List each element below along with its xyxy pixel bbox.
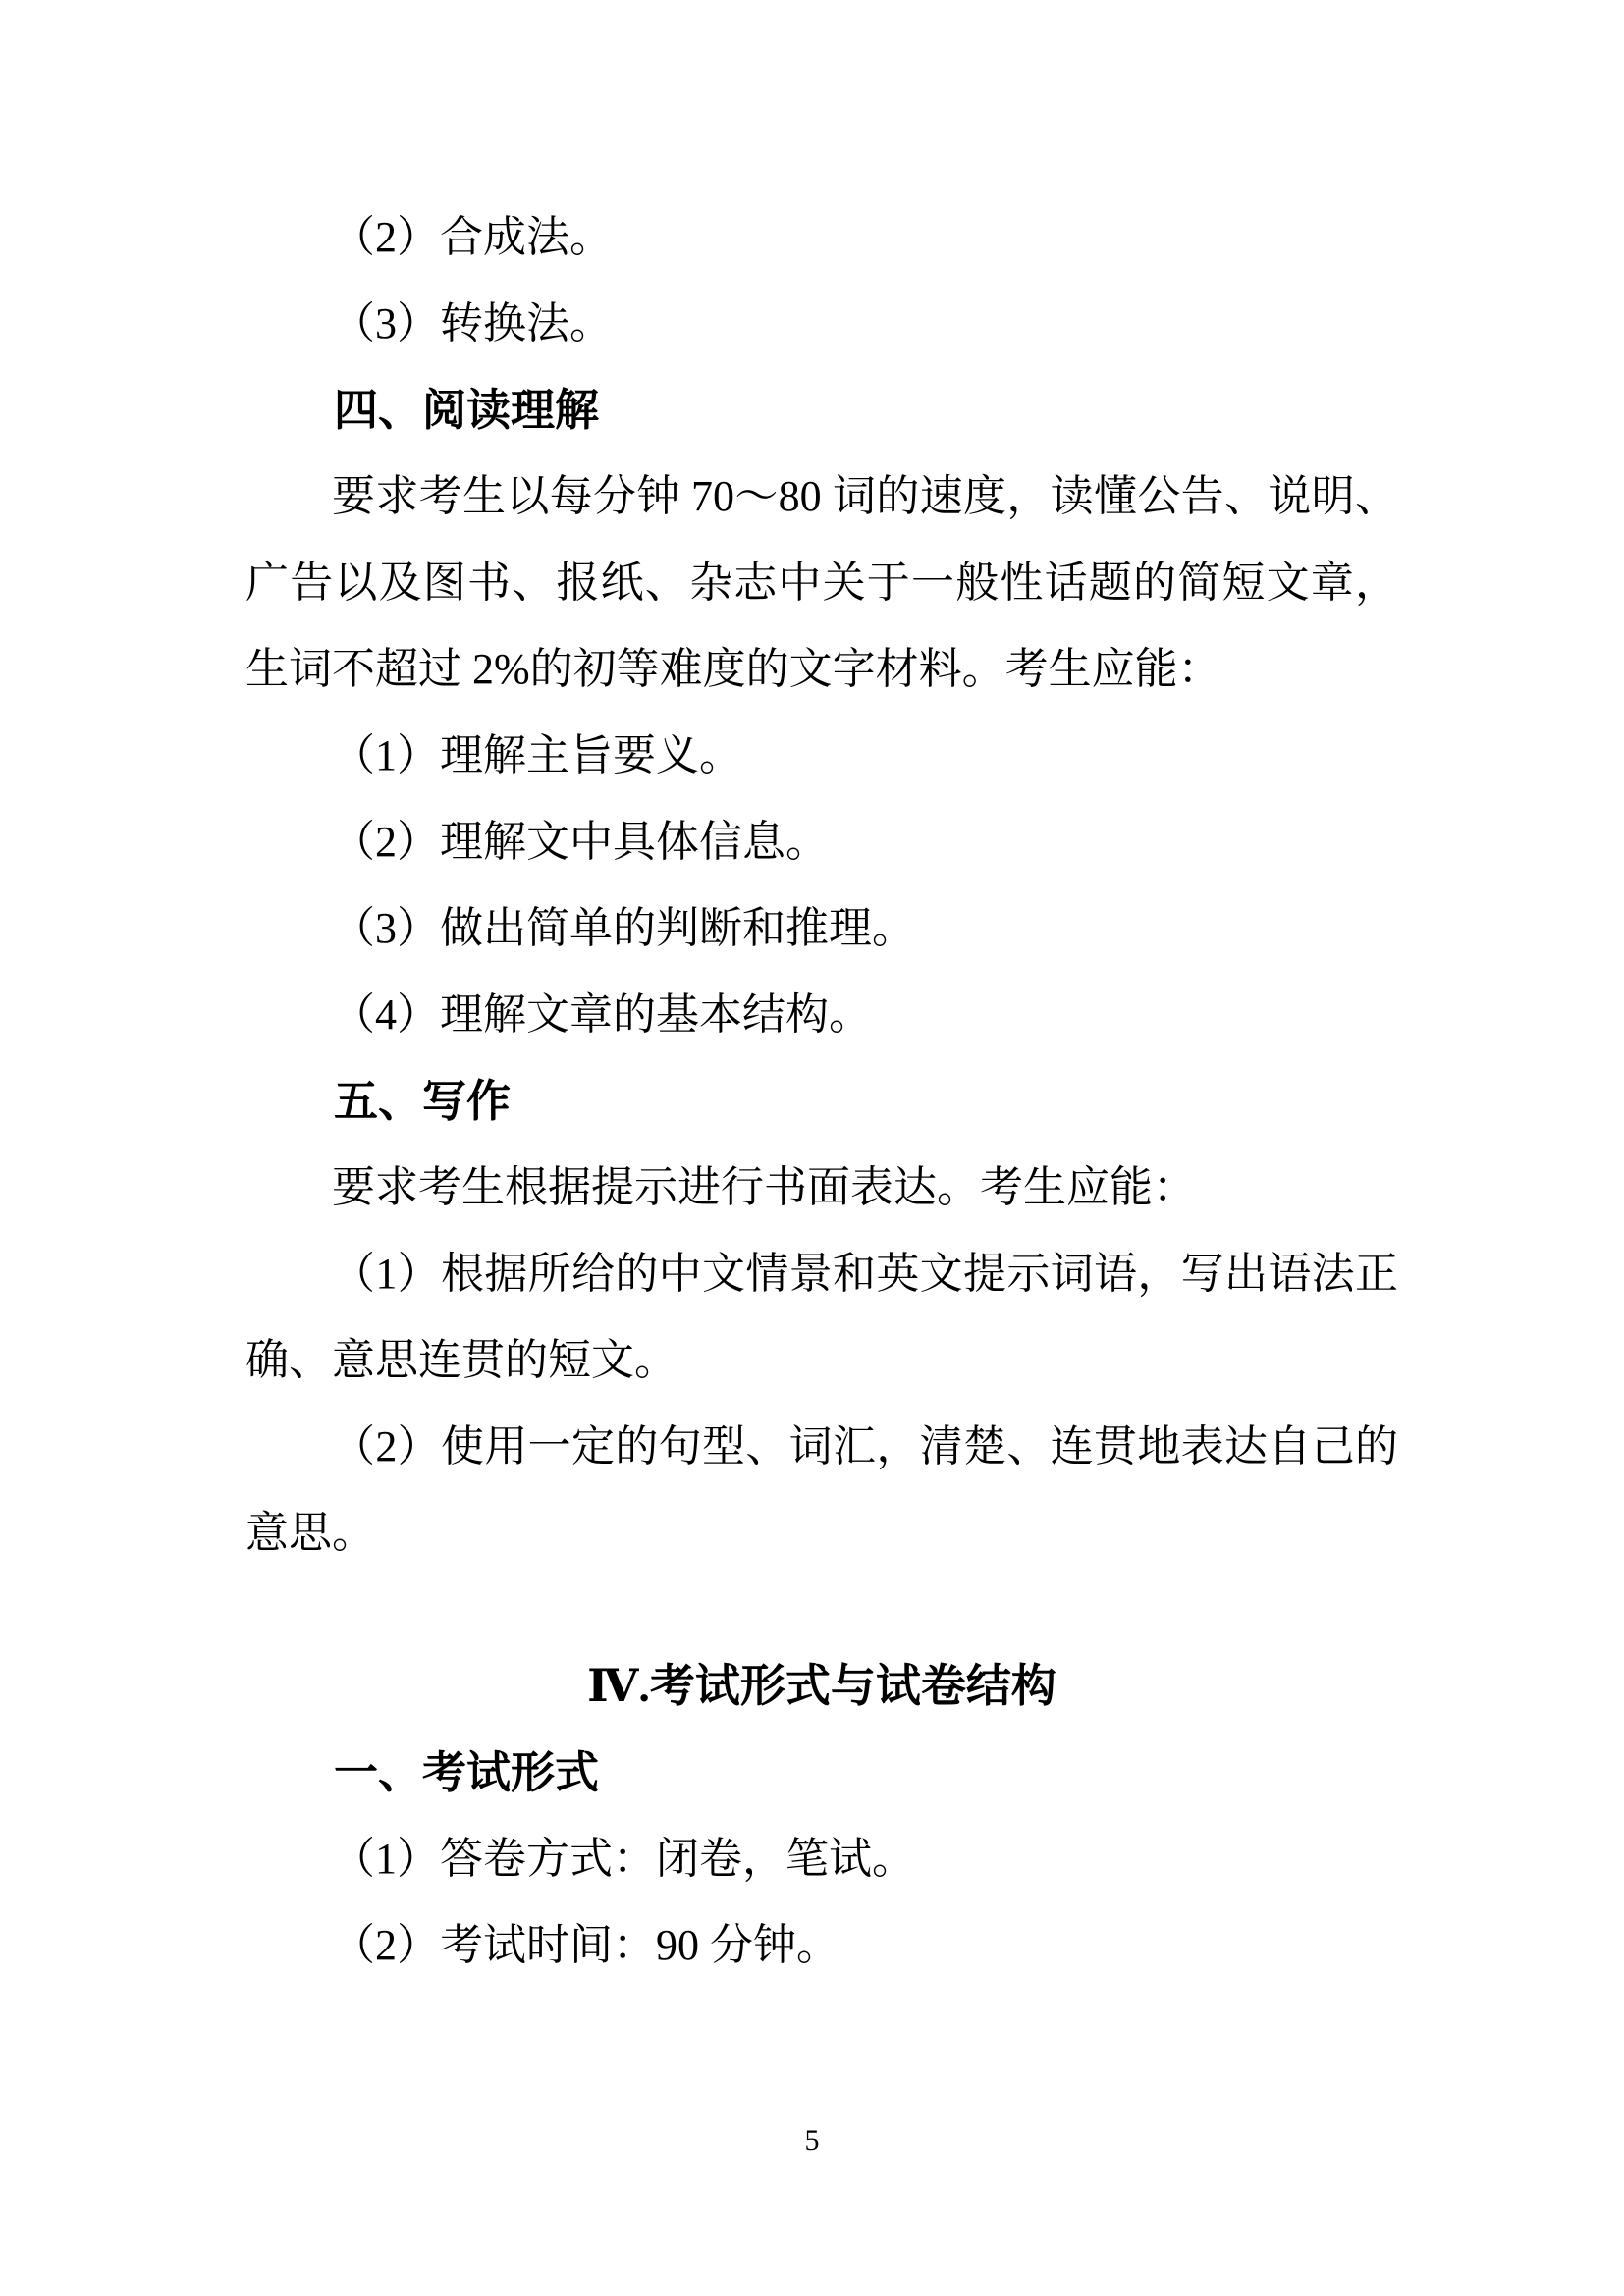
list-item-word-formation-3: （3）转换法。	[245, 281, 1398, 367]
paragraph-writing-requirements: 要求考生根据提示进行书面表达。考生应能：	[245, 1145, 1398, 1231]
list-item-reading-skill-1: （1）理解主旨要义。	[245, 713, 1398, 799]
document-body: （2）合成法。 （3）转换法。 四、阅读理解 要求考生以每分钟 70～80 词的…	[245, 194, 1398, 1989]
list-item-reading-skill-2: （2）理解文中具体信息。	[245, 799, 1398, 885]
list-item-exam-duration: （2）考试时间：90 分钟。	[245, 1902, 1398, 1989]
list-item-word-formation-2: （2）合成法。	[245, 194, 1398, 281]
list-item-answer-method: （1）答卷方式：闭卷，笔试。	[245, 1816, 1398, 1902]
heading-writing: 五、写作	[245, 1058, 1398, 1145]
heading-exam-format-structure: Ⅳ.考试形式与试卷结构	[245, 1643, 1398, 1730]
list-item-reading-skill-4: （4）理解文章的基本结构。	[245, 972, 1398, 1058]
list-item-writing-skill-2: （2）使用一定的句型、词汇，清楚、连贯地表达自己的意思。	[245, 1404, 1398, 1576]
page-number: 5	[0, 2123, 1624, 2159]
list-item-reading-skill-3: （3）做出简单的判断和推理。	[245, 885, 1398, 972]
heading-reading-comprehension: 四、阅读理解	[245, 367, 1398, 454]
list-item-writing-skill-1: （1）根据所给的中文情景和英文提示词语，写出语法正确、意思连贯的短文。	[245, 1231, 1398, 1404]
paragraph-reading-requirements: 要求考生以每分钟 70～80 词的速度，读懂公告、说明、广告以及图书、报纸、杂志…	[245, 454, 1398, 713]
heading-exam-form: 一、考试形式	[245, 1730, 1398, 1816]
document-page: （2）合成法。 （3）转换法。 四、阅读理解 要求考生以每分钟 70～80 词的…	[0, 0, 1624, 2296]
